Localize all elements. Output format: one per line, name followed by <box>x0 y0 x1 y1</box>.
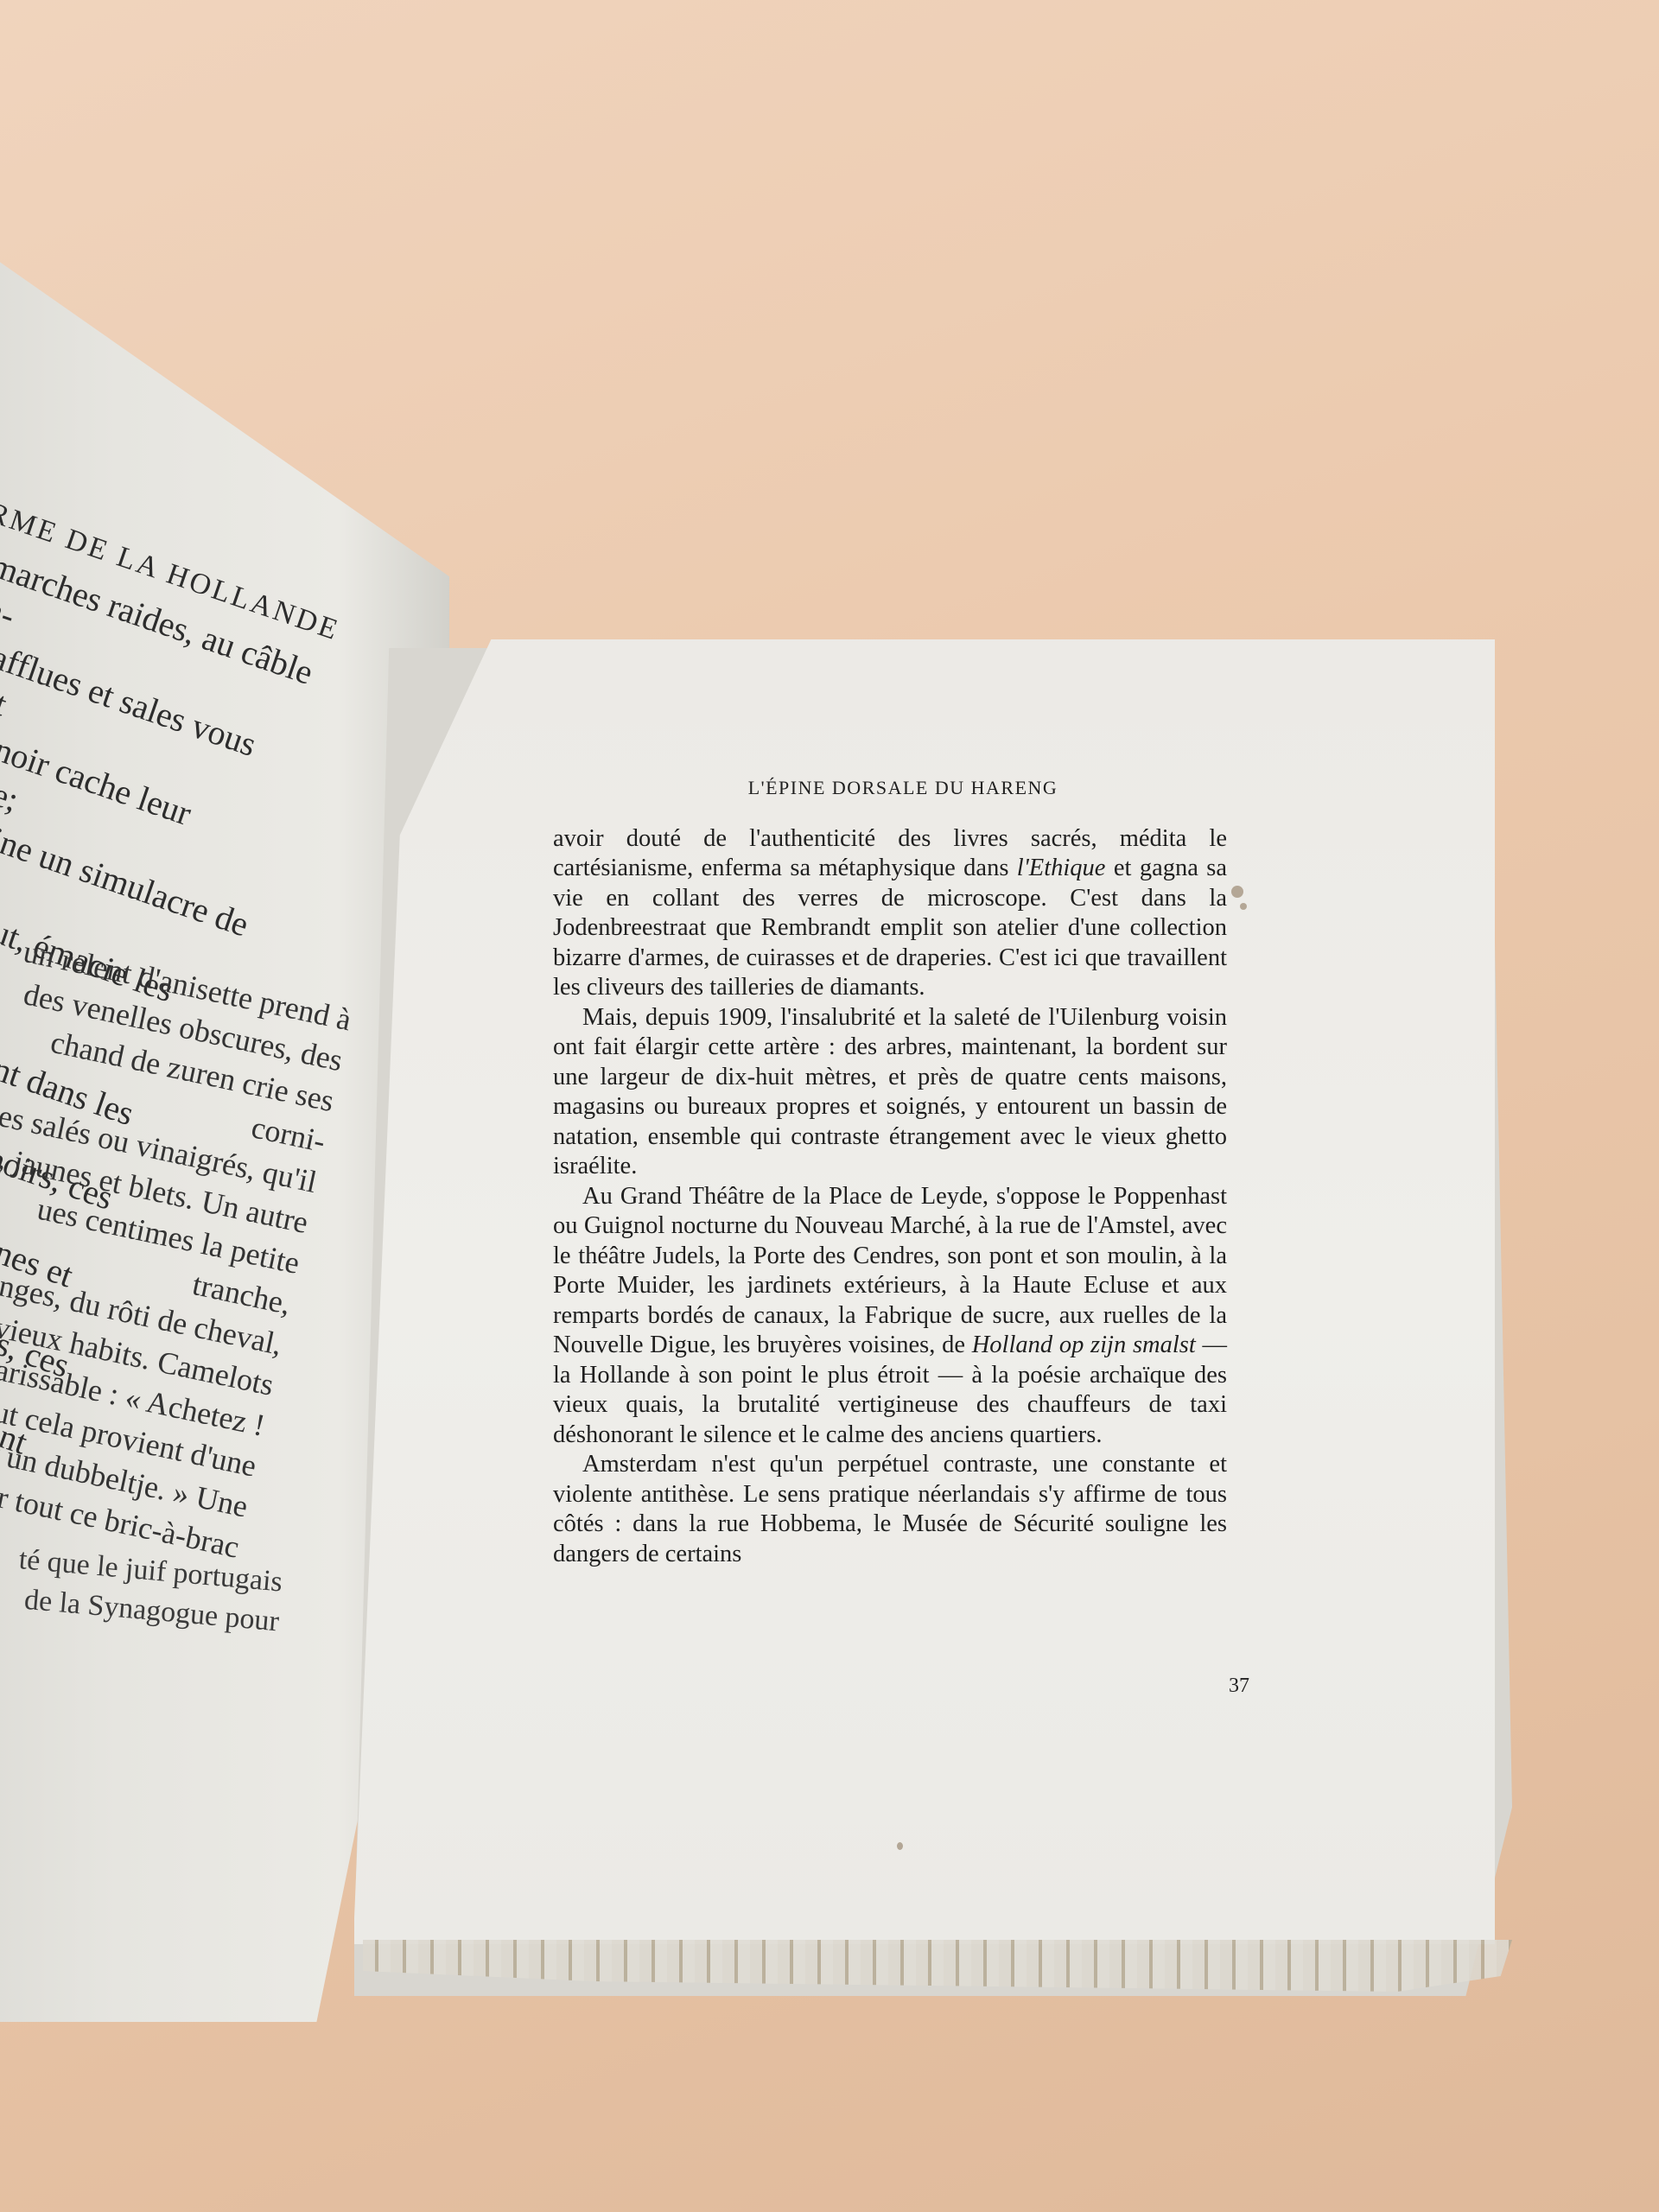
right-running-head: L'ÉPINE DORSALE DU HARENG <box>553 773 1227 804</box>
foxing-stain <box>1240 903 1247 910</box>
paragraph: avoir douté de l'authenticité des livres… <box>553 824 1227 1003</box>
paragraph-text: Amsterdam n'est qu'un perpétuel contrast… <box>553 1451 1227 1567</box>
paragraph: Au Grand Théâtre de la Place de Leyde, s… <box>553 1182 1227 1451</box>
foxing-stain <box>897 1842 903 1850</box>
foxing-stain <box>1231 886 1243 898</box>
page-number: 37 <box>1229 1675 1249 1698</box>
paragraph: Mais, depuis 1909, l'insalubrité et la s… <box>553 1003 1227 1182</box>
italic-title: l'Ethique <box>1017 855 1106 881</box>
paragraph-text: Mais, depuis 1909, l'insalubrité et la s… <box>553 1004 1227 1180</box>
paragraph: Amsterdam n'est qu'un perpétuel contrast… <box>553 1450 1227 1569</box>
italic-phrase: Holland op zijn smalst <box>972 1332 1196 1358</box>
right-page-text: L'ÉPINE DORSALE DU HARENG avoir douté de… <box>553 773 1227 1569</box>
